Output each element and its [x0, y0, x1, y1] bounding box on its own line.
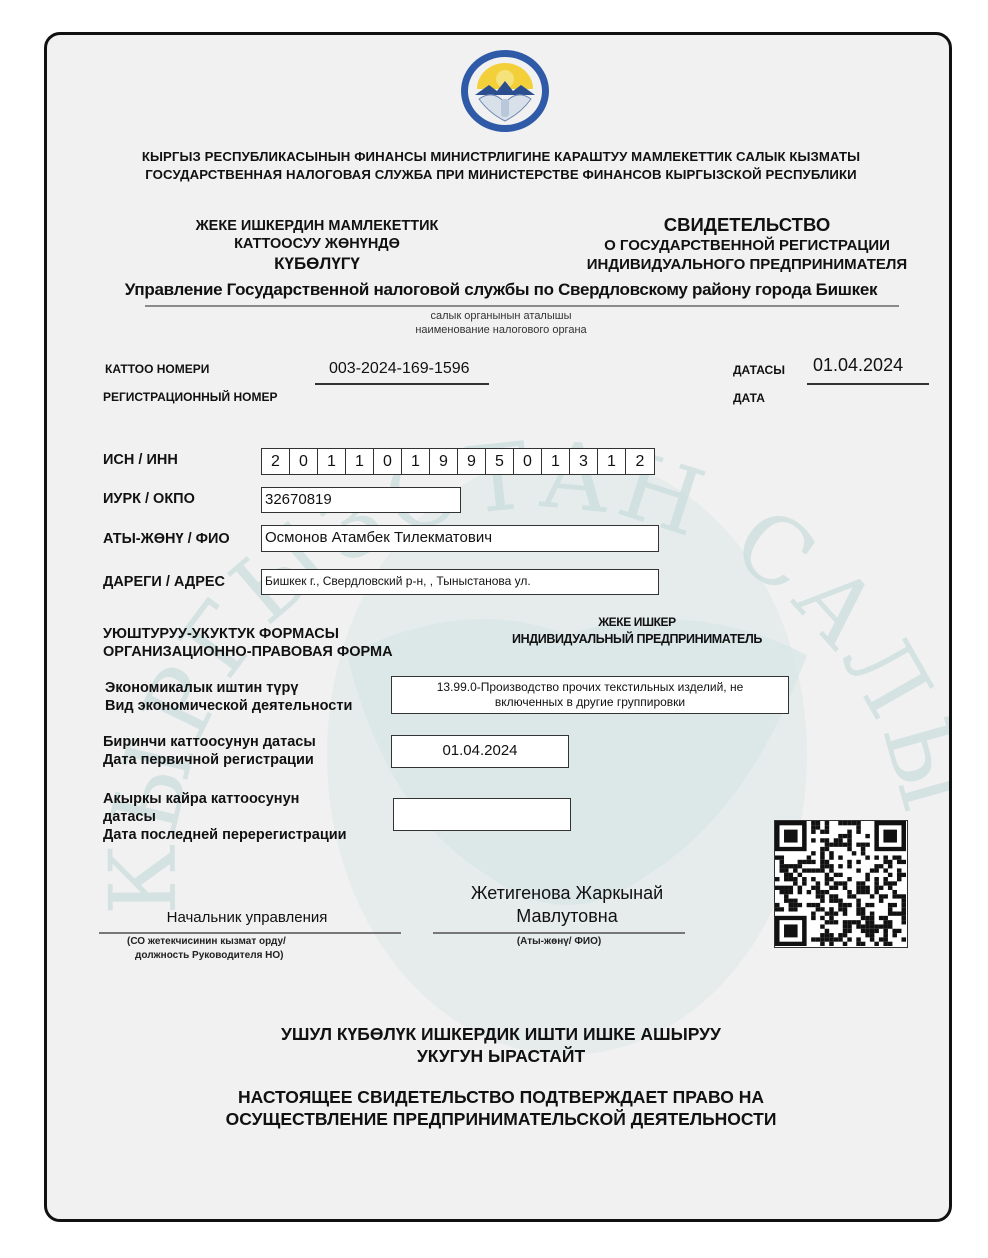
- legal-form-value-ru: ИНДИВИДУАЛЬНЫЙ ПРЕДПРИНИМАТЕЛЬ: [477, 632, 797, 646]
- inn-digit: 3: [570, 449, 598, 474]
- certificate-sheet: КЫРГЫЗСТАН САЛЫК КЫЗМАТЫ КЫРГЫЗ РЕСПУБЛИ…: [44, 32, 952, 1222]
- first-reg-label-ky: Биринчи каттоосунун датасы: [103, 734, 316, 750]
- footer-ky-line2: УКУГУН ЫРАСТАЙТ: [47, 1045, 952, 1067]
- reg-date-underline: [807, 383, 929, 385]
- fio-field: Осмонов Атамбек Тилекматович: [261, 525, 659, 552]
- title-ru-line2: О ГОСУДАРСТВЕННОЙ РЕГИСТРАЦИИ: [557, 237, 937, 254]
- reg-number-underline: [315, 383, 489, 385]
- last-rereg-label-ru: Дата последней перерегистрации: [103, 827, 347, 843]
- inn-digit-boxes: 20110199501312: [261, 448, 655, 475]
- inn-digit: 9: [430, 449, 458, 474]
- activity-field: 13.99.0-Производство прочих текстильных …: [391, 676, 789, 714]
- position-rule: [99, 932, 401, 934]
- position-caption-2: должность Руководителя НО): [135, 950, 284, 961]
- activity-label-ky: Экономикалык иштин түрү: [105, 680, 298, 696]
- inn-digit: 1: [598, 449, 626, 474]
- ministry-header-ru: ГОСУДАРСТВЕННАЯ НАЛОГОВАЯ СЛУЖБА ПРИ МИН…: [47, 167, 952, 182]
- kyrgyz-state-emblem-icon: [459, 49, 551, 133]
- inn-digit: 0: [290, 449, 318, 474]
- inn-digit: 0: [374, 449, 402, 474]
- first-reg-label-ru: Дата первичной регистрации: [103, 752, 314, 768]
- reg-date-label-ky: ДАТАСЫ: [733, 363, 785, 377]
- title-ky-line1: ЖЕКЕ ИШКЕРДИН МАМЛЕКЕТТИК: [152, 218, 482, 234]
- reg-date-label-ru: ДАТА: [733, 391, 765, 405]
- name-rule: [433, 932, 685, 934]
- title-ru-line1: СВИДЕТЕЛЬСТВО: [557, 214, 937, 236]
- inn-digit: 1: [402, 449, 430, 474]
- tax-authority-caption-ru: наименование налогового органа: [47, 324, 952, 336]
- last-rereg-label-ky1: Акыркы кайра каттоосунун: [103, 791, 299, 807]
- reg-date-value: 01.04.2024: [813, 355, 903, 376]
- qr-code-icon: [774, 820, 908, 948]
- first-reg-value: 01.04.2024: [442, 742, 517, 759]
- address-field: Бишкек г., Свердловский р-н, , Тыныстано…: [261, 569, 659, 595]
- tax-authority-name: Управление Государственной налоговой слу…: [47, 280, 952, 300]
- title-ky-line3: КҮБӨЛҮГҮ: [152, 254, 482, 274]
- inn-digit: 0: [514, 449, 542, 474]
- activity-value-line1: 13.99.0-Производство прочих текстильных …: [392, 680, 788, 695]
- first-reg-field: 01.04.2024: [391, 735, 569, 768]
- signatory-name-line2: Мавлутовна: [432, 906, 702, 927]
- inn-digit: 2: [626, 449, 654, 474]
- activity-value-line2: включенных в другие группировки: [392, 695, 788, 710]
- signatory-name-line1: Жетигенова Жаркынай: [432, 883, 702, 904]
- reg-number-value: 003-2024-169-1596: [329, 360, 470, 378]
- footer-ru-line2: ОСУЩЕСТВЛЕНИЕ ПРЕДПРИНИМАТЕЛЬСКОЙ ДЕЯТЕЛ…: [47, 1108, 952, 1130]
- okpo-label: ИУРК / ОКПО: [103, 491, 195, 507]
- inn-digit: 1: [318, 449, 346, 474]
- okpo-value: 32670819: [262, 488, 460, 511]
- legal-form-label-ky: УЮШТУРУУ-УКУКТУК ФОРМАСЫ: [103, 626, 339, 642]
- footer-ru-line1: НАСТОЯЩЕЕ СВИДЕТЕЛЬСТВО ПОДТВЕРЖДАЕТ ПРА…: [47, 1086, 952, 1108]
- inn-digit: 2: [262, 449, 290, 474]
- inn-digit: 5: [486, 449, 514, 474]
- qr-pattern: [775, 821, 906, 946]
- reg-number-label-ky: КАТТОО НОМЕРИ: [105, 362, 209, 376]
- inn-digit: 9: [458, 449, 486, 474]
- last-rereg-field: [393, 798, 571, 831]
- address-value: Бишкек г., Свердловский р-н, , Тыныстано…: [262, 570, 658, 593]
- ministry-header-ky: КЫРГЫЗ РЕСПУБЛИКАСЫНЫН ФИНАНСЫ МИНИСТРЛИ…: [47, 149, 952, 164]
- last-rereg-label-ky2: датасы: [103, 809, 156, 825]
- fio-value: Осмонов Атамбек Тилекматович: [262, 526, 658, 549]
- tax-authority-caption-ky: салык органынын аталышы: [47, 310, 952, 322]
- legal-form-value-ky: ЖЕКЕ ИШКЕР: [477, 615, 797, 629]
- tax-authority-rule: [145, 305, 899, 307]
- address-label: ДАРЕГИ / АДРЕС: [103, 574, 225, 590]
- reg-number-label-ru: РЕГИСТРАЦИОННЫЙ НОМЕР: [103, 390, 278, 404]
- legal-form-label-ru: ОРГАНИЗАЦИОННО-ПРАВОВАЯ ФОРМА: [103, 644, 393, 660]
- title-ky-line2: КАТТООСУУ ЖӨНҮНДӨ: [152, 236, 482, 252]
- inn-digit: 1: [346, 449, 374, 474]
- inn-digit: 1: [542, 449, 570, 474]
- title-ru-line3: ИНДИВИДУАЛЬНОГО ПРЕДПРИНИМАТЕЛЯ: [557, 256, 937, 273]
- footer-ky-line1: УШУЛ КҮБӨЛҮК ИШКЕРДИК ИШТИ ИШКЕ АШЫРУУ: [47, 1023, 952, 1045]
- signatory-position: Начальник управления: [102, 909, 392, 926]
- okpo-field: 32670819: [261, 487, 461, 513]
- position-caption-1: (СО жетекчисинин кызмат орду/: [127, 936, 286, 947]
- fio-label: АТЫ-ЖӨНҮ / ФИО: [103, 531, 230, 547]
- activity-label-ru: Вид экономической деятельности: [105, 698, 352, 714]
- name-caption: (Аты-жөнү/ ФИО): [433, 936, 685, 947]
- inn-label: ИСН / ИНН: [103, 452, 178, 468]
